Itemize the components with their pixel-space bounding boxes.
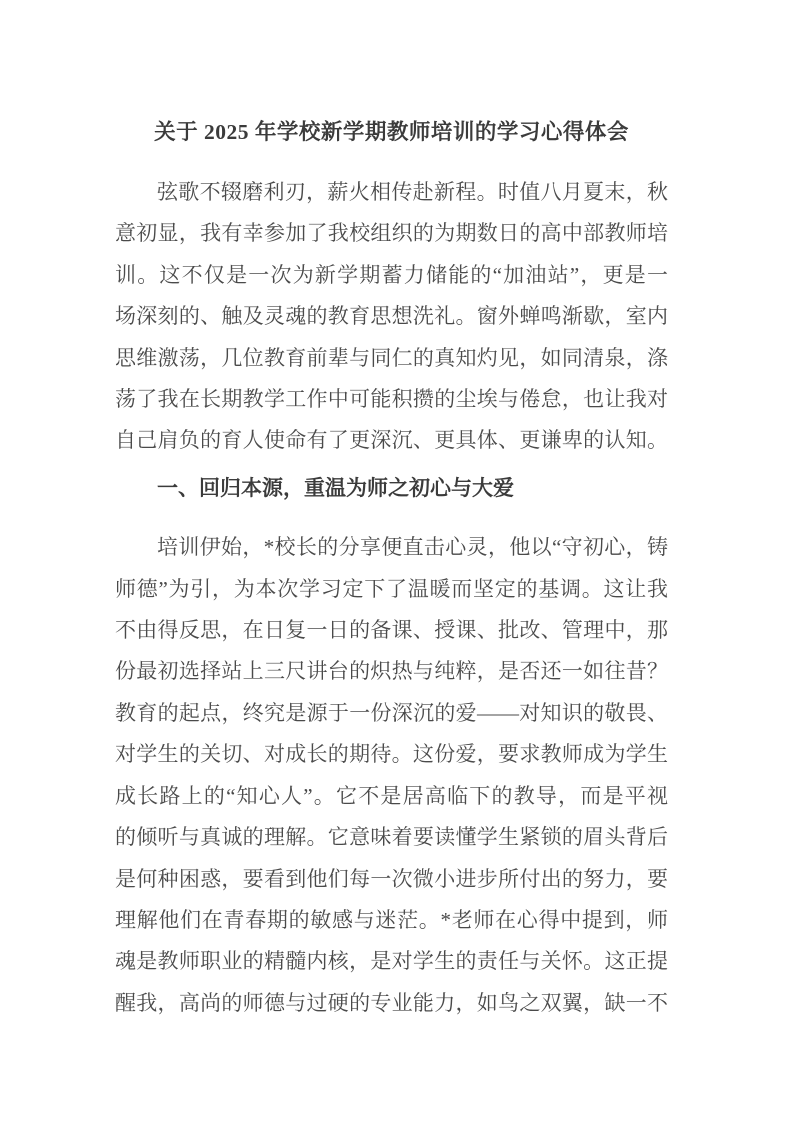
paragraph-line: 荡了我在长期教学工作中可能积攒的尘埃与倦怠，也让我对 [115,379,668,420]
paragraph-line: 意初显，我有幸参加了我校组织的为期数日的高中部教师培 [115,213,668,254]
paragraph-line: 醒我，高尚的师德与过硬的专业能力，如鸟之双翼，缺一不 [115,983,668,1024]
paragraph-line: 份最初选择站上三尺讲台的炽热与纯粹，是否还一如往昔？ [115,651,668,692]
paragraph-line: 弦歌不辍磨利刃，薪火相传赴新程。时值八月夏末，秋 [115,172,668,213]
paragraph-line: 的倾听与真诚的理解。它意味着要读懂学生紧锁的眉头背后 [115,817,668,858]
intro-paragraph: 弦歌不辍磨利刃，薪火相传赴新程。时值八月夏末，秋 意初显，我有幸参加了我校组织的… [115,172,668,462]
paragraph-line: 训。这不仅是一次为新学期蓄力储能的“加油站”，更是一 [115,255,668,296]
section-1-heading: 一、回归本源，重温为师之初心与大爱 [115,468,668,509]
paragraph-line: 不由得反思，在日复一日的备课、授课、批改、管理中，那 [115,610,668,651]
paragraph-line: 对学生的关切、对成长的期待。这份爱，要求教师成为学生 [115,734,668,775]
paragraph-line: 培训伊始，*校长的分享便直击心灵，他以“守初心，铸 [115,527,668,568]
section-1-paragraph: 培训伊始，*校长的分享便直击心灵，他以“守初心，铸 师德”为引，为本次学习定下了… [115,527,668,1024]
paragraph-line: 理解他们在青春期的敏感与迷茫。*老师在心得中提到，师 [115,900,668,941]
paragraph-line: 思维激荡，几位教育前辈与同仁的真知灼见，如同清泉，涤 [115,338,668,379]
paragraph-line: 是何种困惑，要看到他们每一次微小进步所付出的努力，要 [115,859,668,900]
document-title: 关于 2025 年学校新学期教师培训的学习心得体会 [115,108,668,156]
paragraph-line: 自己肩负的育人使命有了更深沉、更具体、更谦卑的认知。 [115,420,668,461]
paragraph-line: 师德”为引，为本次学习定下了温暖而坚定的基调。这让我 [115,569,668,610]
paragraph-line: 场深刻的、触及灵魂的教育思想洗礼。窗外蝉鸣渐歇，室内 [115,296,668,337]
document-page: 关于 2025 年学校新学期教师培训的学习心得体会 弦歌不辍磨利刃，薪火相传赴新… [0,0,793,1122]
paragraph-line: 教育的起点，终究是源于一份深沉的爱——对知识的敬畏、 [115,693,668,734]
paragraph-line: 成长路上的“知心人”。它不是居高临下的教导，而是平视 [115,776,668,817]
paragraph-line: 魂是教师职业的精髓内核，是对学生的责任与关怀。这正提 [115,941,668,982]
